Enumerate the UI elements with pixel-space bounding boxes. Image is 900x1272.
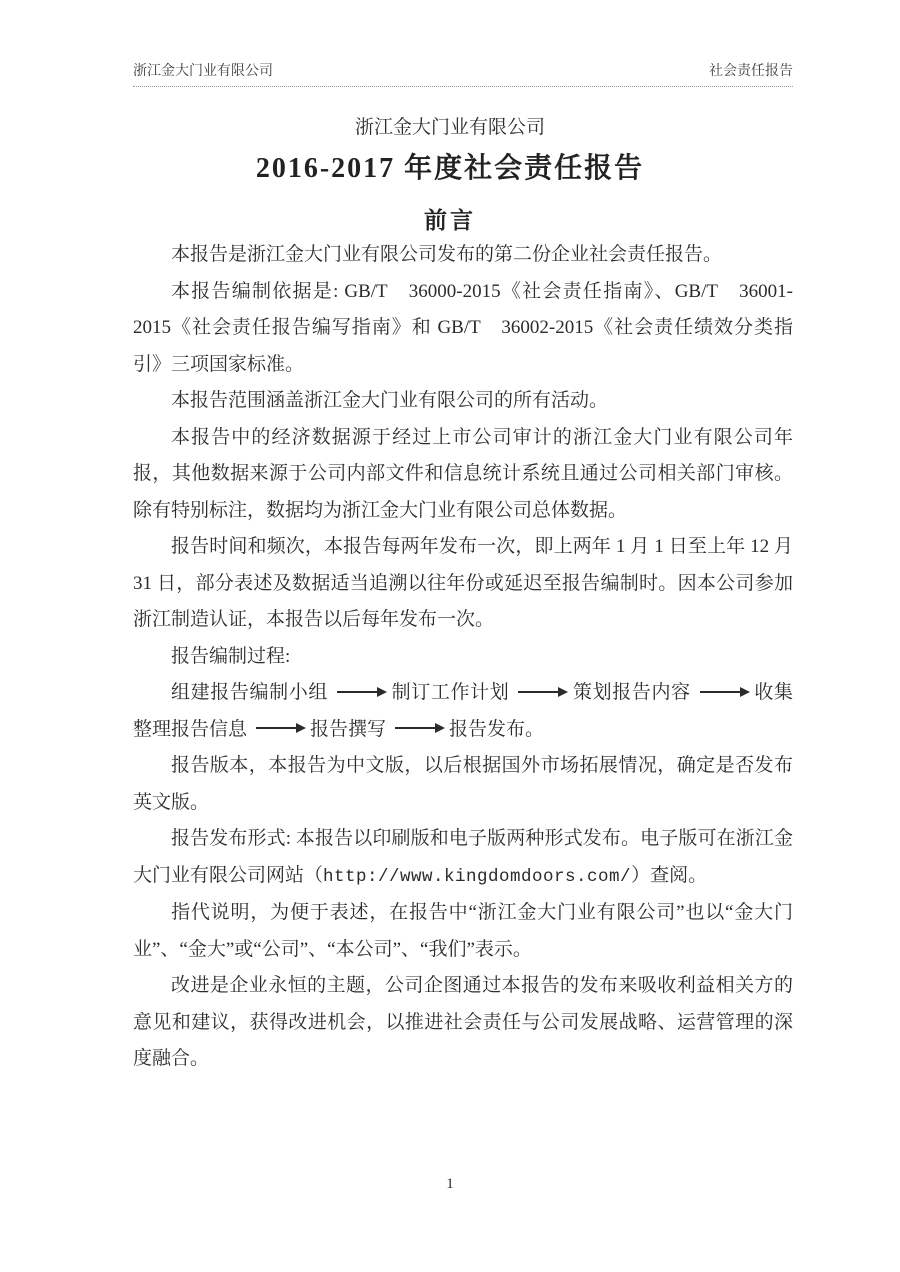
flow-arrow-icon	[337, 691, 377, 693]
paragraph-time-frequency: 报告时间和频次，本报告每两年发布一次，即上两年 1 月 1 日至上年 12 月 …	[133, 529, 793, 639]
paragraph-version: 报告版本，本报告为中文版，以后根据国外市场拓展情况，确定是否发布英文版。	[133, 748, 793, 821]
page-number: 1	[0, 1176, 900, 1193]
header-left-title: 浙江金大门业有限公司	[133, 60, 273, 80]
publish-text-after-url: ）查阅。	[631, 865, 707, 886]
header-right-title: 社会责任报告	[709, 60, 793, 80]
paragraph-reference: 指代说明，为便于表述，在报告中“浙江金大门业有限公司”也以“金大门业”、“金大”…	[133, 895, 793, 968]
paragraph-improvement: 改进是企业永恒的主题，公司企图通过本报告的发布来吸收利益相关方的意见和建议，获得…	[133, 968, 793, 1078]
flow-arrow-icon	[518, 691, 558, 693]
preface-body: 本报告是浙江金大门业有限公司发布的第二份企业社会责任报告。 本报告编制依据是: …	[133, 237, 793, 1078]
flow-step: 组建报告编制小组	[171, 682, 328, 703]
report-title: 2016-2017 年度社会责任报告	[0, 146, 900, 186]
paragraph-scope: 本报告范围涵盖浙江金大门业有限公司的所有活动。	[133, 383, 793, 420]
report-page: 浙江金大门业有限公司 社会责任报告 浙江金大门业有限公司 2016-2017 年…	[0, 0, 900, 1272]
flow-step: 制订工作计划	[391, 682, 509, 703]
page-header: 浙江金大门业有限公司 社会责任报告	[133, 60, 793, 87]
flow-step: 策划报告内容	[572, 682, 690, 703]
section-title-preface: 前言	[0, 202, 900, 235]
flow-arrow-icon	[700, 691, 740, 693]
flow-step: 报告撰写	[310, 719, 386, 740]
paragraph-intro: 本报告是浙江金大门业有限公司发布的第二份企业社会责任报告。	[133, 237, 793, 274]
paragraph-data-source: 本报告中的经济数据源于经过上市公司审计的浙江金大门业有限公司年报，其他数据来源于…	[133, 420, 793, 530]
company-title: 浙江金大门业有限公司	[0, 112, 900, 139]
flow-arrow-icon	[395, 727, 435, 729]
paragraph-process-label: 报告编制过程:	[133, 639, 793, 676]
paragraph-basis: 本报告编制依据是: GB/T 36000-2015《社会责任指南》、GB/T 3…	[133, 274, 793, 384]
flow-step: 报告发布。	[449, 719, 544, 740]
website-url[interactable]: http://www.kingdomdoors.com/	[323, 867, 631, 887]
flow-arrow-icon	[256, 727, 296, 729]
paragraph-publish-form: 报告发布形式: 本报告以印刷版和电子版两种形式发布。电子版可在浙江金大门业有限公…	[133, 821, 793, 895]
process-flow: 组建报告编制小组制订工作计划策划报告内容收集整理报告信息报告撰写报告发布。	[133, 675, 793, 748]
